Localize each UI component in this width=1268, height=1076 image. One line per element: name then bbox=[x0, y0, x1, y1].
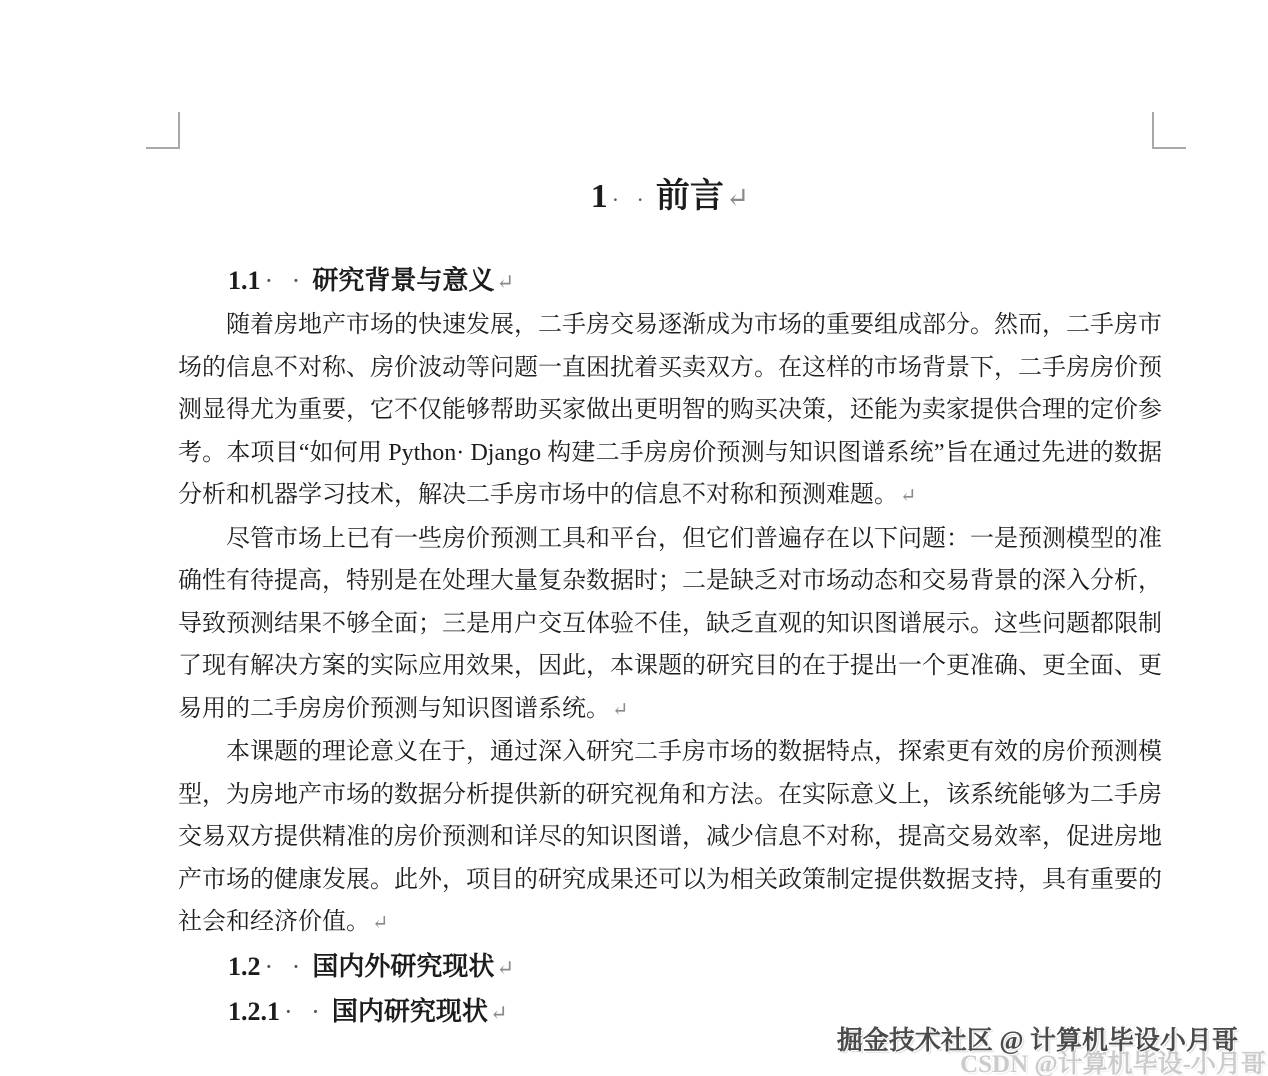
heading-1-2: 1.2· ·国内外研究现状↵ bbox=[178, 945, 1162, 990]
chapter-title: 1· ·前言↵ bbox=[178, 172, 1162, 225]
heading-number: 1.1 bbox=[228, 266, 261, 295]
paragraph-text: 随着房地产市场的快速发展，二手房交易逐渐成为市场的重要组成部分。然而，二手房市场… bbox=[178, 312, 1162, 508]
document-body: 1· ·前言↵ 1.1· ·研究背景与意义↵ 随着房地产市场的快速发展，二手房交… bbox=[0, 0, 1268, 1035]
space-formatting-marks: · · bbox=[265, 266, 307, 295]
space-formatting-marks: · · bbox=[265, 952, 307, 981]
watermark-csdn: CSDN @计算机毕设-小月哥 bbox=[960, 1044, 1266, 1076]
heading-number: 1.2.1 bbox=[228, 997, 280, 1026]
paragraph-mark-icon: ↵ bbox=[496, 956, 514, 980]
paragraph-3: 本课题的理论意义在于，通过深入研究二手房市场的数据特点，探索更有效的房价预测模型… bbox=[178, 731, 1162, 945]
document-page: 1· ·前言↵ 1.1· ·研究背景与意义↵ 随着房地产市场的快速发展，二手房交… bbox=[0, 0, 1268, 1076]
paragraph-2: 尽管市场上已有一些房价预测工具和平台，但它们普遍存在以下问题：一是预测模型的准确… bbox=[178, 518, 1162, 732]
paragraph-mark-icon: ↵ bbox=[496, 270, 514, 294]
paragraph-1: 随着房地产市场的快速发展，二手房交易逐渐成为市场的重要组成部分。然而，二手房市场… bbox=[178, 304, 1162, 518]
heading-1-1: 1.1· ·研究背景与意义↵ bbox=[178, 259, 1162, 304]
paragraph-mark-icon: ↵ bbox=[490, 1001, 508, 1025]
paragraph-mark-icon: ↵ bbox=[612, 699, 628, 721]
heading-text: 研究背景与意义 bbox=[312, 266, 494, 295]
heading-text: 国内研究现状 bbox=[332, 997, 488, 1026]
space-formatting-marks: · · bbox=[612, 187, 650, 212]
paragraph-text: 本课题的理论意义在于，通过深入研究二手房市场的数据特点，探索更有效的房价预测模型… bbox=[178, 739, 1162, 935]
chapter-number: 1 bbox=[591, 178, 608, 215]
paragraph-mark-icon: ↵ bbox=[900, 485, 916, 507]
heading-text: 国内外研究现状 bbox=[312, 952, 494, 981]
heading-number: 1.2 bbox=[228, 952, 261, 981]
paragraph-text: 尽管市场上已有一些房价预测工具和平台，但它们普遍存在以下问题：一是预测模型的准确… bbox=[178, 526, 1162, 722]
paragraph-mark-icon: ↵ bbox=[726, 183, 749, 214]
space-formatting-marks: · · bbox=[284, 997, 326, 1026]
paragraph-mark-icon: ↵ bbox=[372, 912, 388, 934]
chapter-title-text: 前言 bbox=[656, 178, 724, 215]
